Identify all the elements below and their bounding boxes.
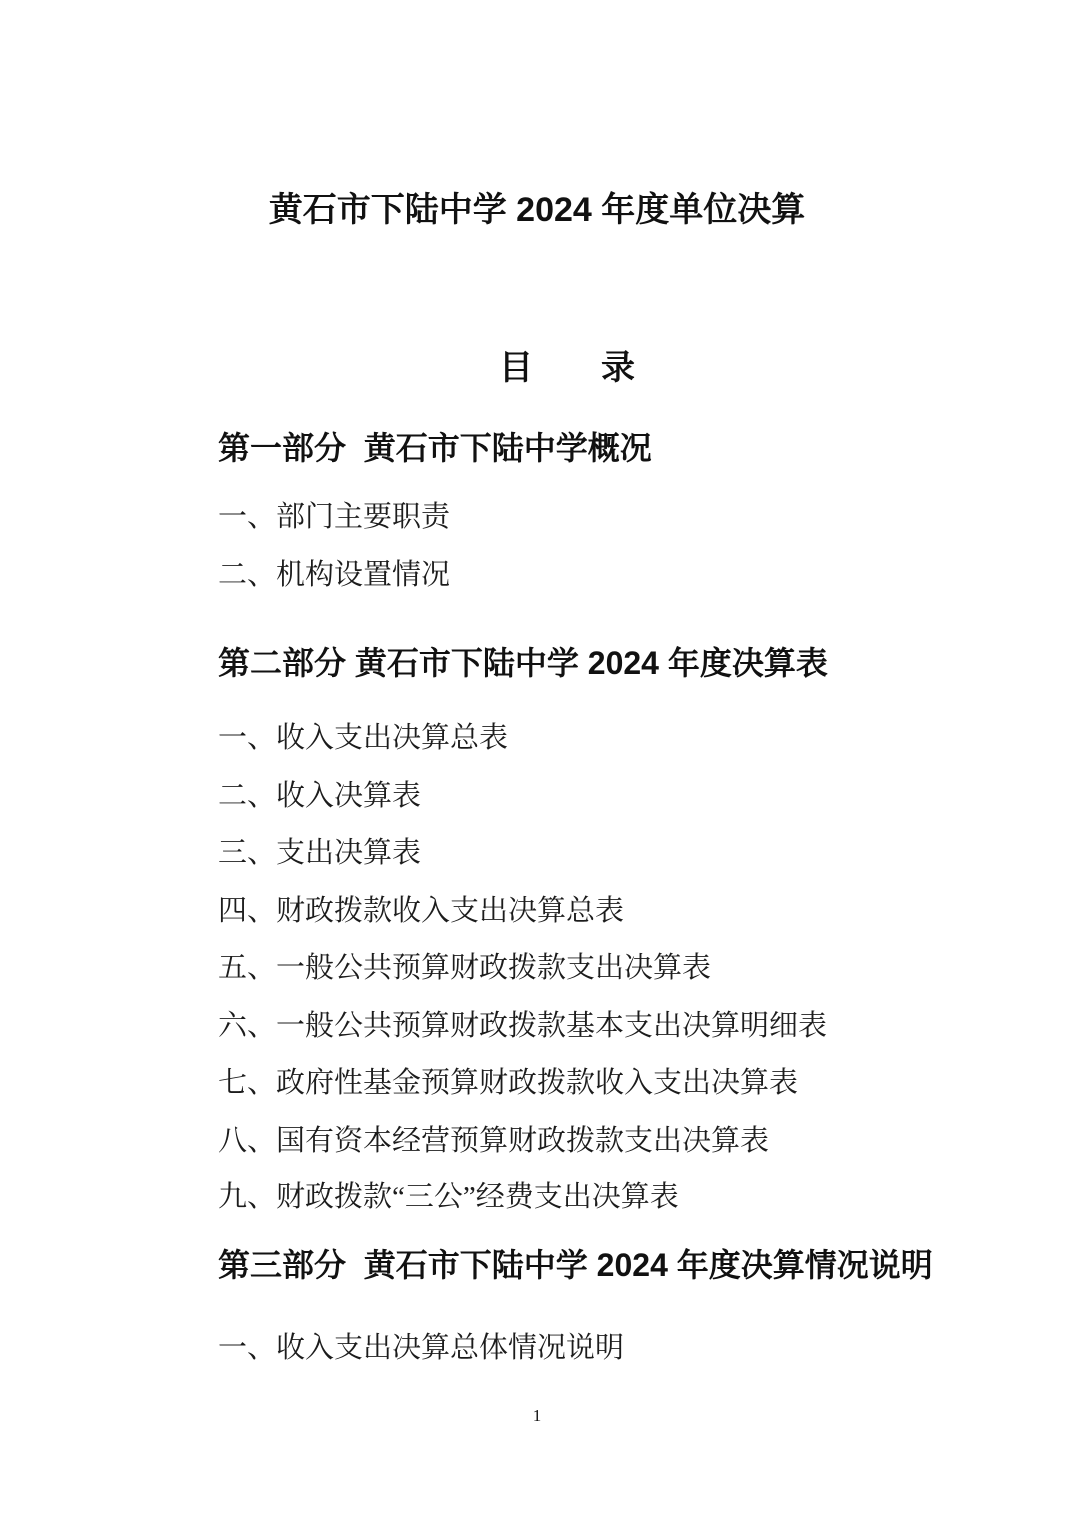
toc-item: 四、财政拨款收入支出决算总表: [218, 896, 624, 927]
document-title: 黄石市下陆中学 2024 年度单位决算: [0, 192, 1074, 229]
toc-item: 三、支出决算表: [218, 838, 421, 869]
toc-item: 二、收入决算表: [218, 781, 421, 812]
toc-item: 八、国有资本经营预算财政拨款支出决算表: [218, 1126, 769, 1157]
section-1-heading: 第一部分 黄石市下陆中学概况: [218, 431, 652, 466]
toc-item: 一、收入支出决算总表: [218, 723, 508, 754]
page-number: 1: [0, 1407, 1074, 1425]
toc-item: 七、政府性基金预算财政拨款收入支出决算表: [218, 1068, 798, 1099]
section-2-heading: 第二部分 黄石市下陆中学 2024 年度决算表: [218, 646, 828, 681]
toc-item: 一、部门主要职责: [218, 502, 450, 533]
toc-item: 一、收入支出决算总体情况说明: [218, 1333, 624, 1364]
toc-title: 目 录: [30, 350, 1074, 387]
toc-item: 九、财政拨款“三公”经费支出决算表: [218, 1182, 679, 1213]
toc-item: 二、机构设置情况: [218, 560, 450, 591]
document-page: 黄石市下陆中学 2024 年度单位决算 目 录 第一部分 黄石市下陆中学概况 一…: [0, 0, 1074, 1520]
toc-item: 五、一般公共预算财政拨款支出决算表: [218, 953, 711, 984]
toc-item: 六、一般公共预算财政拨款基本支出决算明细表: [218, 1011, 827, 1042]
section-3-heading: 第三部分 黄石市下陆中学 2024 年度决算情况说明: [218, 1248, 933, 1283]
